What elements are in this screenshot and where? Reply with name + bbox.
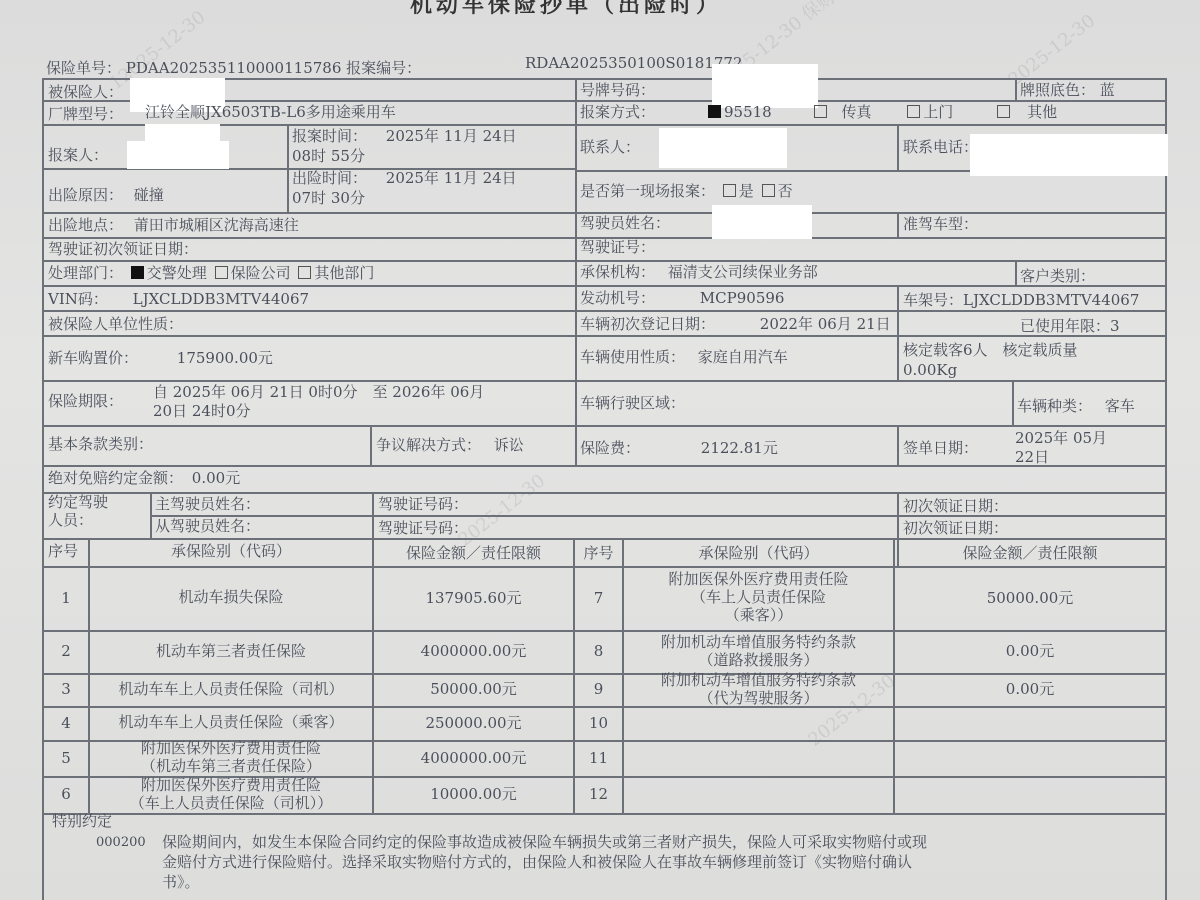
coverage-amount: 0.00元: [895, 643, 1165, 660]
dispute: 诉讼: [494, 436, 524, 454]
checkbox-traffic-police: [131, 266, 144, 279]
basic-terms-label: 基本条款类别：: [48, 436, 153, 453]
redacted-plate-no: [712, 64, 818, 108]
first-scene-label: 是否第一现场报案：: [580, 182, 715, 200]
coverage-amount: 10000.00元: [374, 786, 573, 803]
customer-type-label: 客户类别：: [1020, 268, 1095, 285]
coverage-name: 附加机动车增值服务特约条款: [624, 634, 893, 651]
accident-place-label: 出险地点：: [48, 216, 123, 234]
coverage-amount: 0.00元: [895, 681, 1165, 698]
first-reg-date: 2022年 06月 21日: [760, 315, 891, 333]
checkbox-other: [997, 105, 1010, 118]
special-terms-line2: 金赔付方式进行保险赔付。选择采取实物赔付方式的，由保险人和被保险人在事故车辆修理…: [162, 854, 912, 871]
coverage-name: （乘客））: [624, 607, 893, 624]
deductible: 0.00元: [192, 469, 240, 487]
accident-place: 莆田市城厢区沈海高速往: [134, 216, 299, 234]
col-coverage: 承保险别（代码）: [90, 543, 372, 560]
usage: 家庭自用汽车: [698, 348, 788, 366]
period-line2: 20日 24时0分: [153, 403, 251, 420]
coverage-name: 机动车车上人员责任保险（乘客）: [90, 714, 372, 731]
vin-label: VIN码：: [48, 290, 108, 308]
license-first-date-label: 驾驶证初次领证日期：: [48, 241, 198, 258]
coverage-name: （车上人员责任保险: [624, 589, 893, 606]
sub-driver-label: 从驾驶员姓名：: [155, 518, 260, 535]
underwriter: 福清支公司续保业务部: [668, 263, 818, 281]
redacted-driver-name: [712, 205, 812, 239]
checkbox-fax: [814, 105, 827, 118]
engine-no: MCP90596: [700, 289, 785, 307]
insured-label: 被保险人：: [48, 84, 123, 101]
report-no-label: 报案编号：: [346, 59, 421, 77]
premium: 2122.81元: [701, 439, 778, 457]
coverage-name: 机动车车上人员责任保险（司机）: [90, 681, 372, 698]
new-price-label: 新车购置价：: [48, 349, 138, 367]
special-terms-line3: 书》。: [162, 874, 200, 891]
report-time-date: 2025年 11月 24日: [386, 127, 517, 145]
first-reg-label: 车辆初次登记日期：: [580, 315, 715, 333]
accident-time-hour: 07时 30分: [292, 190, 365, 207]
col-amount: 保险金额／责任限额: [374, 545, 573, 562]
vehicle-kind-label: 车辆种类：: [1017, 397, 1092, 415]
new-price: 175900.00元: [177, 349, 273, 367]
coverage-amount: 4000000.00元: [374, 643, 573, 660]
col-amount-right: 保险金额／责任限额: [895, 545, 1165, 562]
coverage-name: 机动车第三者责任保险: [90, 643, 372, 660]
checkbox-first-scene-yes: [723, 184, 736, 197]
coverage-name: 附加医保外医疗费用责任险: [624, 571, 893, 588]
license-no-label: 驾驶证号：: [580, 239, 655, 256]
coverage-name: 机动车损失保险: [90, 589, 372, 606]
checkbox-95518: [708, 105, 721, 118]
frame-no-label: 车架号：: [903, 291, 963, 309]
insurance-policy-document: 机动车保险抄单（出险时） 12025-12-30 2025-12-30 保财险 …: [0, 0, 1200, 900]
special-terms-line1: 保险期间内，如发生本保险合同约定的保险事故造成被保险车辆损失或第三者财产损失，保…: [162, 834, 927, 851]
sub-driver-license-label: 驾驶证号码：: [378, 520, 468, 537]
document-title: 机动车保险抄单（出险时）: [410, 0, 722, 19]
coverage-name: （机动车第三者责任保险）: [90, 758, 372, 775]
engine-no-label: 发动机号：: [580, 289, 655, 307]
period-line1: 自 2025年 06月 21日 0时0分 至 2026年 06月: [153, 384, 484, 401]
coverage-amount: 50000.00元: [374, 681, 573, 698]
report-no: RDAA2025350100S0181772: [525, 55, 743, 72]
designated-driver-label: 约定驾驶: [48, 494, 108, 511]
checkbox-insurance-company: [215, 266, 228, 279]
capacity-line2: 0.00Kg: [903, 362, 957, 379]
row-no: 8: [575, 643, 622, 660]
redacted-contact: [659, 128, 787, 168]
col-no: 序号: [48, 543, 78, 560]
sign-date-line1: 2025年 05月: [1015, 430, 1107, 447]
accident-cause: 碰撞: [134, 186, 164, 204]
license-type-label: 准驾车型：: [903, 216, 978, 233]
plate-color-label: 牌照底色：: [1020, 81, 1095, 99]
reporter-label: 报案人：: [48, 147, 108, 164]
checkbox-first-scene-no: [762, 184, 775, 197]
row-no: 3: [44, 681, 88, 698]
plate-color: 蓝: [1100, 81, 1115, 99]
accident-time-date: 2025年 11月 24日: [386, 169, 517, 187]
underwriter-label: 承保机构：: [580, 263, 655, 281]
row-no: 7: [575, 590, 622, 607]
redacted-reporter: [127, 141, 229, 169]
coverage-name: （代为驾驶服务）: [624, 690, 893, 707]
model-label: 厂牌型号：: [48, 106, 123, 123]
coverage-name: 附加医保外医疗费用责任险: [90, 740, 372, 757]
period-label: 保险期限：: [48, 393, 123, 410]
checkbox-visit: [907, 105, 920, 118]
contact-phone-label: 联系电话：: [903, 139, 978, 156]
accident-time-label: 出险时间：: [292, 169, 367, 187]
accident-cause-label: 出险原因：: [48, 186, 123, 204]
deductible-label: 绝对免赔约定金额：: [48, 469, 183, 487]
redacted-contact-phone: [970, 134, 1168, 176]
insured-unit-label: 被保险人单位性质：: [48, 316, 183, 333]
sign-date-line2: 22日: [1015, 449, 1049, 466]
vehicle-kind: 客车: [1105, 397, 1135, 415]
row-no: 12: [575, 786, 622, 803]
coverage-name: （道路救援服务）: [624, 652, 893, 669]
vin: LJXCLDDB3MTV44067: [133, 290, 309, 308]
special-terms-label: 特别约定: [52, 813, 112, 830]
capacity-line1: 核定载客6人 核定载质量: [903, 342, 1078, 359]
usage-label: 车辆使用性质：: [580, 348, 685, 366]
driver-name-label: 驾驶员姓名：: [580, 215, 670, 232]
report-time-label: 报案时间：: [292, 127, 367, 145]
row-no: 1: [44, 590, 88, 607]
col-no-right: 序号: [575, 545, 622, 562]
region-label: 车辆行驶区域：: [580, 395, 685, 412]
years-used: 3: [1110, 317, 1120, 335]
coverage-amount: 50000.00元: [895, 590, 1165, 607]
report-method-label: 报案方式：: [580, 104, 655, 121]
plate-no-label: 号牌号码：: [580, 82, 655, 99]
row-no: 11: [575, 750, 622, 767]
row-no: 2: [44, 643, 88, 660]
handling-dept-label: 处理部门：: [48, 264, 123, 282]
dispute-label: 争议解决方式：: [376, 436, 481, 454]
policy-no: PDAA202535110000115786: [126, 59, 342, 77]
coverage-amount: 250000.00元: [374, 715, 573, 732]
row-no: 6: [44, 786, 88, 803]
row-no: 4: [44, 715, 88, 732]
main-driver-label: 主驾驶员姓名：: [155, 496, 260, 513]
main-driver-first-date-label: 初次领证日期：: [903, 498, 1008, 515]
report-time-hour: 08时 55分: [292, 148, 365, 165]
sub-driver-first-date-label: 初次领证日期：: [903, 520, 1008, 537]
years-used-label: 已使用年限：: [1020, 317, 1110, 335]
report-method-options: 95518 传真 上门 其他: [705, 104, 1057, 121]
row-no: 9: [575, 681, 622, 698]
coverage-name: 附加医保外医疗费用责任险: [90, 777, 372, 794]
coverage-name: （车上人员责任保险（司机））: [90, 795, 372, 812]
special-terms-code: 000200: [96, 834, 146, 851]
frame-no: LJXCLDDB3MTV44067: [963, 291, 1139, 309]
row-no: 10: [575, 715, 622, 732]
checkbox-other-dept: [298, 266, 311, 279]
coverage-name: 附加机动车增值服务特约条款: [624, 672, 893, 689]
sign-date-label: 签单日期：: [903, 440, 978, 457]
contact-label: 联系人：: [580, 139, 640, 156]
policy-no-label: 保险单号：: [46, 59, 121, 77]
row-no: 5: [44, 750, 88, 767]
coverage-amount: 137905.60元: [374, 590, 573, 607]
col-coverage-right: 承保险别（代码）: [624, 545, 893, 562]
main-driver-license-label: 驾驶证号码：: [378, 496, 468, 513]
premium-label: 保险费：: [580, 439, 640, 457]
model-value: 江铃全顺JX6503TB-L6多用途乘用车: [145, 104, 396, 121]
coverage-amount: 4000000.00元: [374, 750, 573, 767]
